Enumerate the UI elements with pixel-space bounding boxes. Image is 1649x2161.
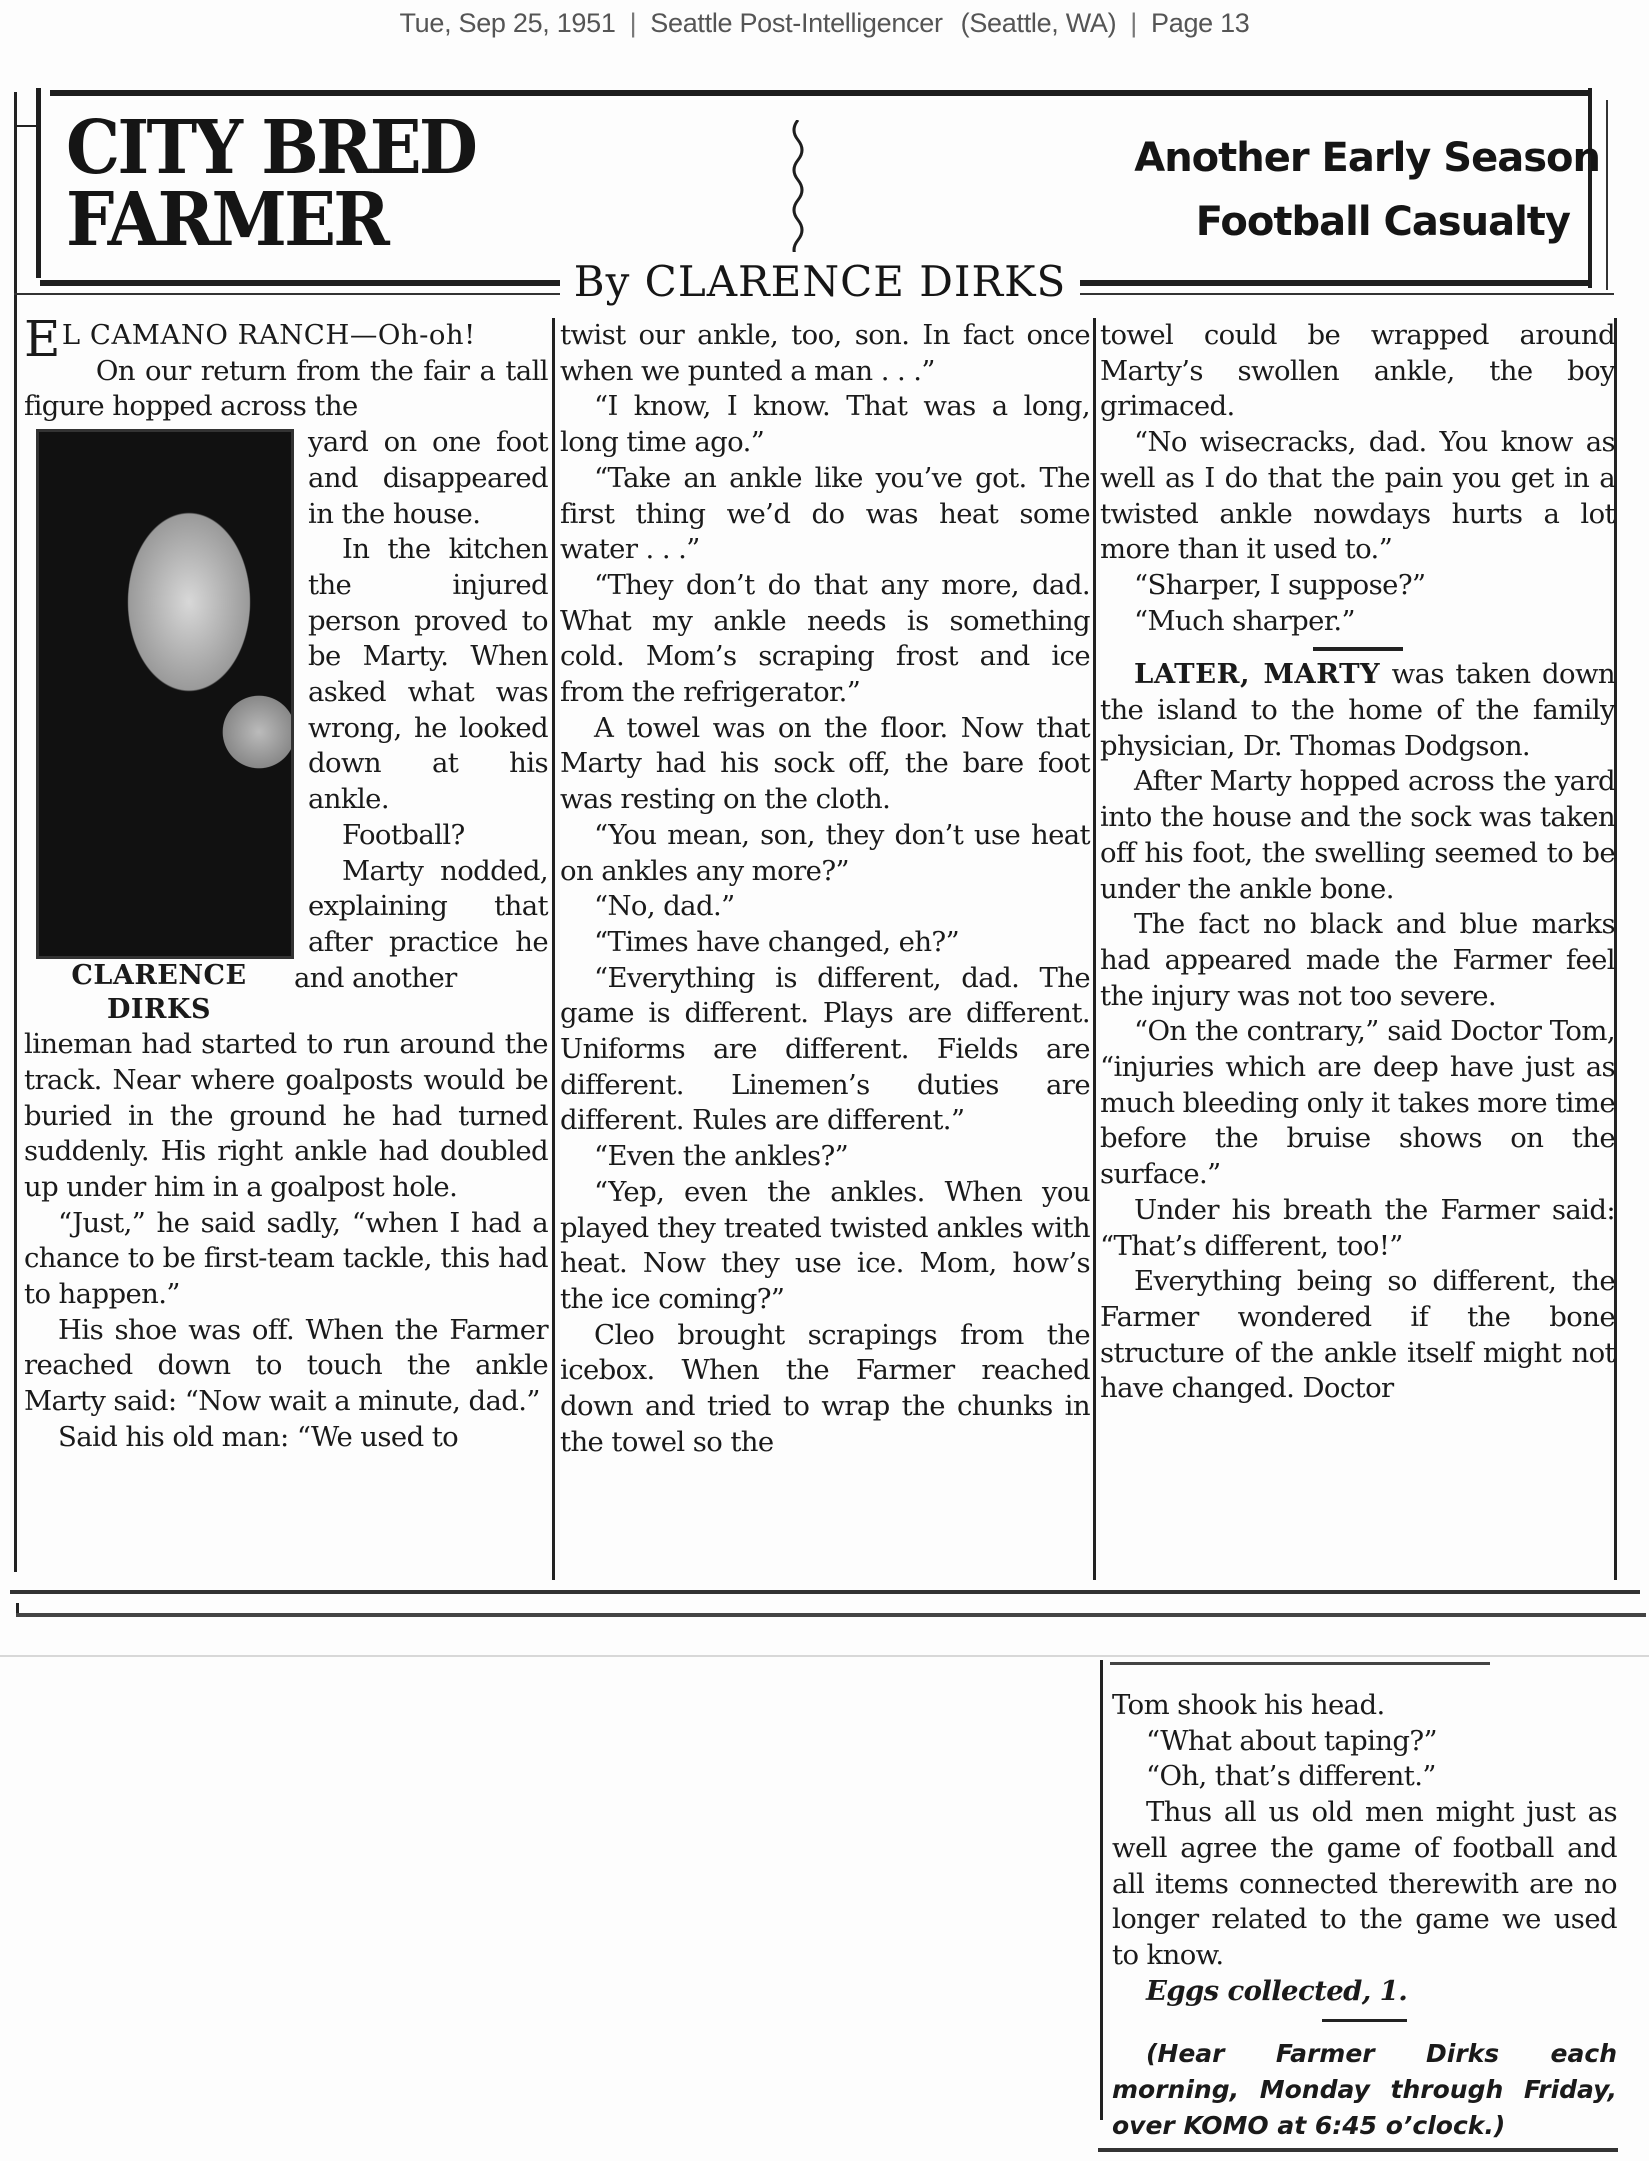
column-masthead: CITY BRED FARMER xyxy=(66,112,475,256)
dateline-text: L CAMANO RANCH—Oh-oh! xyxy=(62,319,476,351)
decorative-squiggle-icon xyxy=(788,120,808,270)
publication-location: (Seattle, WA) xyxy=(961,8,1117,38)
paragraph: “Yep, even the ankles. When you played t… xyxy=(560,1175,1090,1318)
paragraph: “They don’t do that any more, dad. What … xyxy=(560,568,1090,711)
issue-date: Tue, Sep 25, 1951 xyxy=(399,8,615,38)
eggs-collected: Eggs collected, 1. xyxy=(1112,1974,1617,2010)
paragraph: Under his breath the Farmer said: “That’… xyxy=(1100,1193,1615,1264)
radio-note: (Hear Farmer Dirks each morning, Monday … xyxy=(1112,2036,1617,2143)
paragraph: “Times have changed, eh?” xyxy=(560,925,1090,961)
paragraph: His shoe was off. When the Farmer reache… xyxy=(24,1313,548,1420)
paragraph: “I know, I know. That was a long, long t… xyxy=(560,389,1090,460)
paragraph: On our return from the fair a tall figur… xyxy=(24,354,548,425)
paragraph: “Just,” he said sadly, “when I had a cha… xyxy=(24,1206,548,1313)
photo-caption: CLARENCE DIRKS xyxy=(24,959,294,1027)
headline-line-2: Football Casualty xyxy=(1080,190,1600,254)
masthead-line-1: CITY BRED xyxy=(66,112,475,184)
bottom-rule xyxy=(10,1590,1640,1594)
masthead-line-2: FARMER xyxy=(66,184,475,256)
source-bar: Tue, Sep 25, 1951|Seattle Post-Intellige… xyxy=(0,8,1649,39)
drop-cap: E xyxy=(24,324,60,354)
paragraph: “Even the ankles?” xyxy=(560,1139,1090,1175)
byline: By CLARENCE DIRKS xyxy=(560,252,1080,312)
clipping-seam xyxy=(0,1655,1649,1657)
publication-name: Seattle Post-Intelligencer xyxy=(650,8,942,38)
section-divider xyxy=(1322,2019,1407,2022)
paragraph: The fact no black and blue marks had app… xyxy=(1100,907,1615,1014)
column-divider xyxy=(552,318,555,1580)
paragraph: Thus all us old men might just as well a… xyxy=(1112,1795,1617,1974)
bottom-rule xyxy=(16,1613,1646,1617)
caption-line-1: CLARENCE xyxy=(24,959,294,993)
paragraph: “No, dad.” xyxy=(560,889,1090,925)
section-lead: LATER, MARTY xyxy=(1134,658,1380,690)
paragraph: Said his old man: “We used to xyxy=(24,1420,548,1456)
paragraph: After Marty hopped across the yard into … xyxy=(1100,764,1615,907)
paragraph: “Everything is different, dad. The game … xyxy=(560,961,1090,1140)
paragraph: Tom shook his head. xyxy=(1112,1688,1617,1724)
separator: | xyxy=(630,8,637,38)
paragraph: “Sharper, I suppose?” xyxy=(1100,568,1615,604)
continuation-column: Tom shook his head.“What about taping?”“… xyxy=(1112,1688,1617,2143)
continuation-left-rule xyxy=(1100,1660,1103,2120)
article-column-3: towel could be wrapped around Marty’s sw… xyxy=(1100,318,1615,1407)
continuation-top-rule xyxy=(1110,1662,1490,1665)
paragraph: “What about taping?” xyxy=(1112,1724,1617,1760)
article-column-2: twist our ankle, too, son. In fact once … xyxy=(560,318,1090,1461)
header-bottom-rule-right xyxy=(1075,280,1590,286)
paragraph: Everything being so different, the Farme… xyxy=(1100,1264,1615,1407)
continuation-bottom-rule xyxy=(1098,2148,1618,2152)
paragraph: “Take an ankle like you’ve got. The firs… xyxy=(560,461,1090,568)
section-lead-paragraph: LATER, MARTY was taken down the island t… xyxy=(1100,657,1615,764)
caption-line-2: DIRKS xyxy=(24,993,294,1027)
paragraph: “No wisecracks, dad. You know as well as… xyxy=(1100,425,1615,568)
headline: Another Early Season Football Casualty xyxy=(1080,126,1600,254)
author-photo xyxy=(36,429,294,959)
outer-left-rule xyxy=(14,92,17,1572)
separator: | xyxy=(1130,8,1137,38)
paragraph: “Much sharper.” xyxy=(1100,604,1615,640)
section-divider xyxy=(1313,647,1403,651)
header-top-rule xyxy=(50,90,1590,96)
paragraph: twist our ankle, too, son. In fact once … xyxy=(560,318,1090,389)
paragraph: A towel was on the floor. Now that Marty… xyxy=(560,711,1090,818)
article-column-1: EL CAMANO RANCH—Oh-oh! On our return fro… xyxy=(24,318,548,1456)
paragraph: lineman had started to run around the tr… xyxy=(24,1027,548,1206)
header-bottom-rule-left xyxy=(40,280,560,286)
paragraph: “Oh, that’s different.” xyxy=(1112,1759,1617,1795)
paragraph: “You mean, son, they don’t use heat on a… xyxy=(560,818,1090,889)
paragraph: towel could be wrapped around Marty’s sw… xyxy=(1100,318,1615,425)
paragraph: “On the contrary,” said Doctor Tom, “inj… xyxy=(1100,1014,1615,1193)
headline-line-1: Another Early Season xyxy=(1134,135,1600,181)
paragraph: Cleo brought scrapings from the icebox. … xyxy=(560,1318,1090,1461)
header-left-rule xyxy=(36,88,41,278)
header-outer-right-rule xyxy=(1606,100,1608,290)
column-divider xyxy=(1093,318,1096,1580)
dateline: EL CAMANO RANCH—Oh-oh! xyxy=(24,318,548,354)
page-number: Page 13 xyxy=(1151,8,1250,38)
